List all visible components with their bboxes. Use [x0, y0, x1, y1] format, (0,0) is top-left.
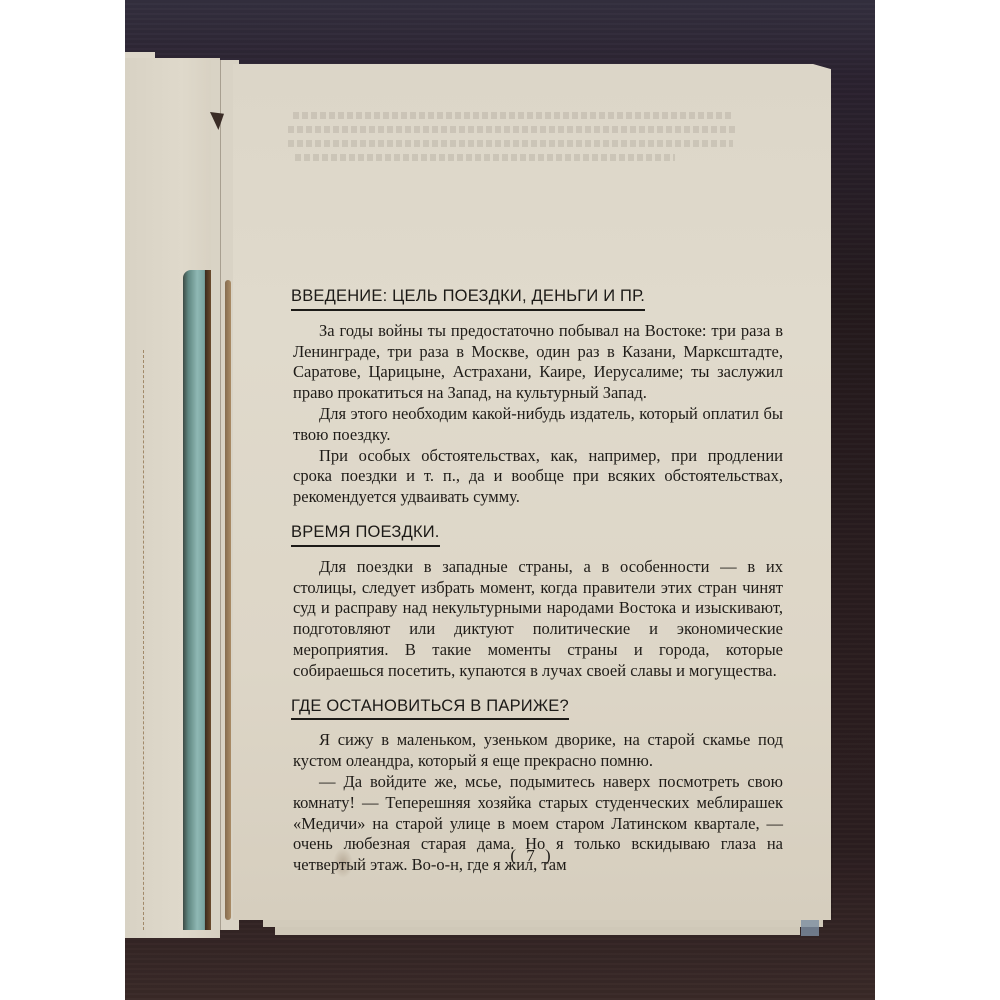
paragraph: Для этого необходим какой-нибудь издател…	[293, 404, 783, 446]
left-page-torn-edge	[143, 350, 146, 930]
page-number: ( 7 )	[233, 846, 831, 866]
paragraph: За годы войны ты предостаточно побывал н…	[293, 321, 783, 404]
section-heading: ВВЕДЕНИЕ: ЦЕЛЬ ПОЕЗДКИ, ДЕНЬГИ И ПР.	[291, 286, 645, 311]
section-introduction: ВВЕДЕНИЕ: ЦЕЛЬ ПОЕЗДКИ, ДЕНЬГИ И ПР. За …	[293, 286, 783, 508]
section-heading: ГДЕ ОСТАНОВИТЬСЯ В ПАРИЖЕ?	[291, 696, 569, 721]
section-trip-time: ВРЕМЯ ПОЕЗДКИ. Для поездки в западные ст…	[293, 522, 783, 682]
torn-edge	[225, 280, 231, 920]
bleed-through-line	[293, 112, 733, 119]
book-photo: ь ь л а е л ь ь ВВЕДЕНИЕ: ЦЕЛЬ ПОЕЗДКИ, …	[125, 0, 875, 1000]
paragraph: При особых обстоятельствах, как, наприме…	[293, 446, 783, 508]
bleed-through-line	[295, 154, 675, 161]
page-gutter	[220, 60, 221, 930]
bleed-through-line	[288, 140, 733, 147]
spine-shadow	[205, 270, 211, 930]
book-page: ВВЕДЕНИЕ: ЦЕЛЬ ПОЕЗДКИ, ДЕНЬГИ И ПР. За …	[233, 64, 831, 920]
paragraph: Для поездки в западные страны, а в особе…	[293, 557, 783, 682]
paragraph: Я сижу в маленьком, узеньком дворике, на…	[293, 730, 783, 772]
bleed-through-line	[288, 126, 738, 133]
section-heading: ВРЕМЯ ПОЕЗДКИ.	[291, 522, 440, 547]
page-content: ВВЕДЕНИЕ: ЦЕЛЬ ПОЕЗДКИ, ДЕНЬГИ И ПР. За …	[293, 286, 783, 890]
